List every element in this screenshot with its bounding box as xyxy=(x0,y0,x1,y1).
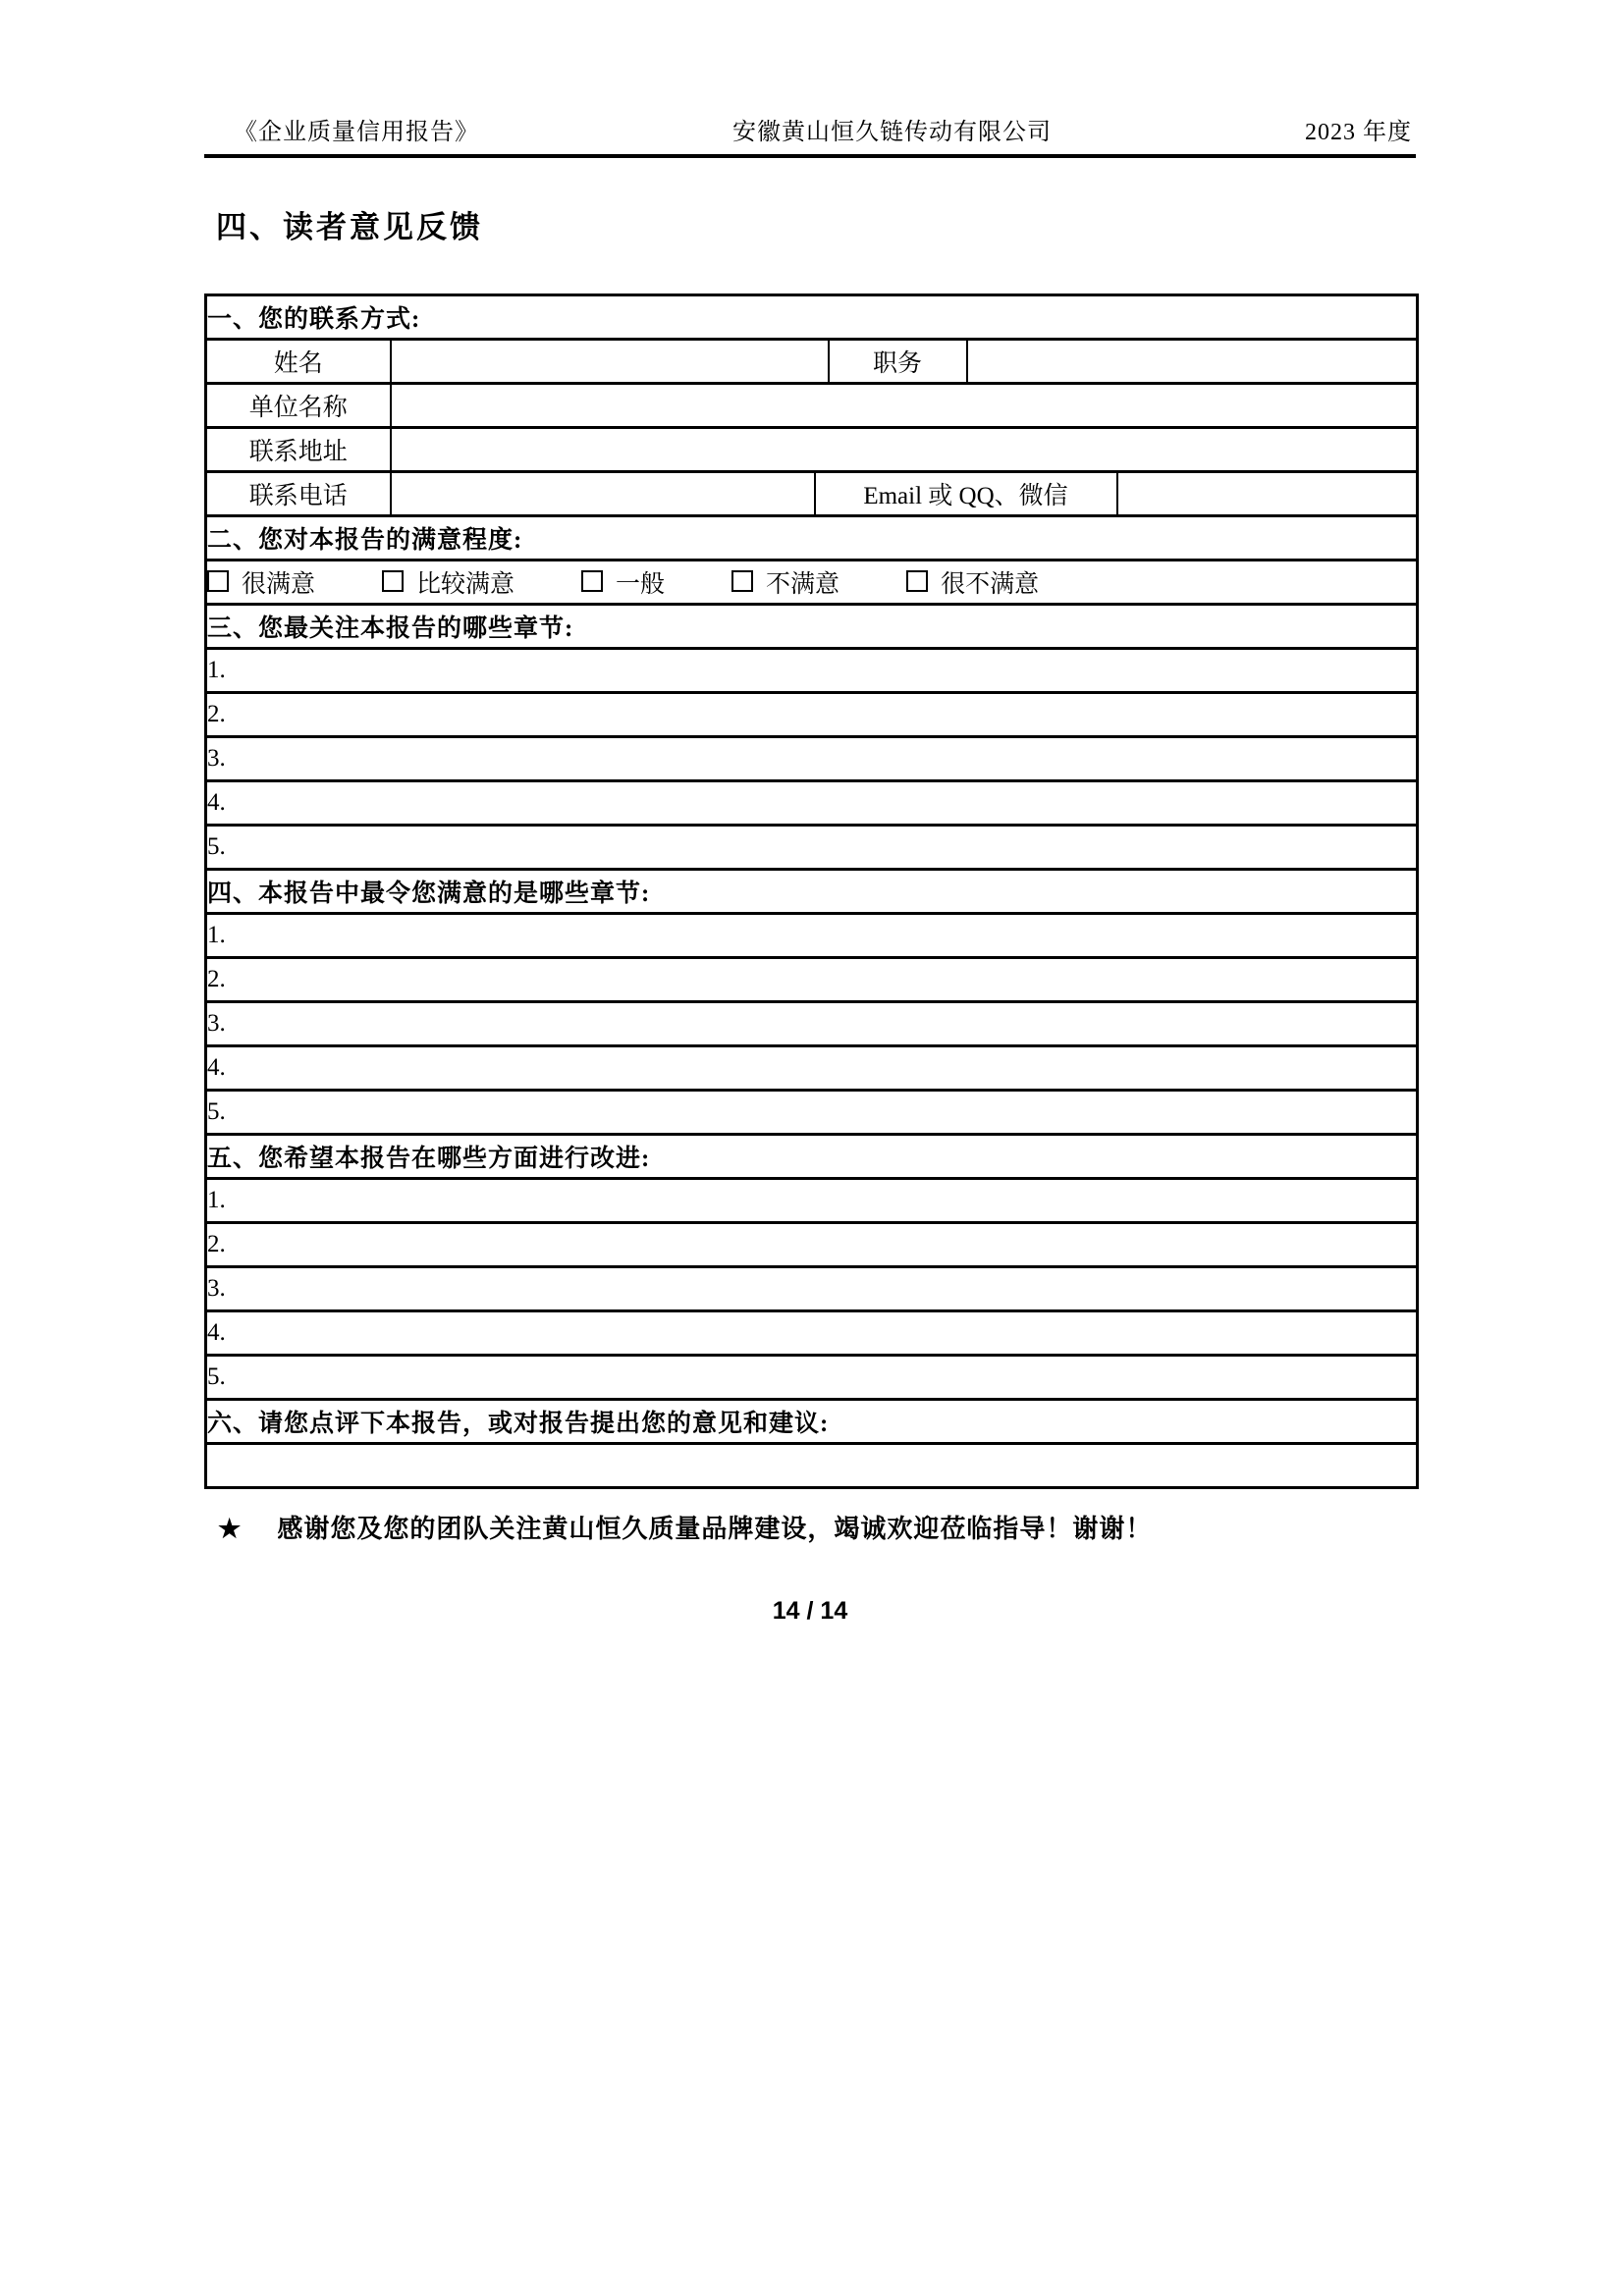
focus-answer-line-5[interactable]: 5. xyxy=(206,826,1418,870)
line-number: 3. xyxy=(207,1275,226,1302)
focus-answer-line-4[interactable]: 4. xyxy=(206,781,1418,826)
email-label: Email 或 QQ、微信 xyxy=(815,472,1117,516)
line-number: 2. xyxy=(207,1231,226,1257)
job-title-input-cell[interactable] xyxy=(967,340,1418,384)
line-number: 5. xyxy=(207,833,226,860)
page-title: 四、读者意见反馈 xyxy=(216,207,1416,248)
line-number: 4. xyxy=(207,1319,226,1346)
section-comments-header-row: 六、请您点评下本报告，或对报告提出您的意见和建议: xyxy=(206,1400,1418,1444)
job-title-label: 职务 xyxy=(829,340,967,384)
section-improve-header-row: 五、您希望本报告在哪些方面进行改进: xyxy=(206,1135,1418,1179)
improve-answer-line-3[interactable]: 3. xyxy=(206,1267,1418,1311)
satisfaction-option-1[interactable]: 很满意 xyxy=(207,564,315,600)
page-header: 《企业质量信用报告》 安徽黄山恒久链传动有限公司 2023 年度 xyxy=(204,118,1416,158)
company-input-cell[interactable] xyxy=(391,384,1418,428)
line-number: 3. xyxy=(207,1010,226,1037)
comments-input-area[interactable] xyxy=(206,1444,1418,1488)
improve-answer-line-4[interactable]: 4. xyxy=(206,1311,1418,1356)
option-label: 比较满意 xyxy=(416,564,514,600)
page-number: 14 / 14 xyxy=(204,1597,1416,1626)
answer-row: 3. xyxy=(206,1002,1418,1046)
report-year: 2023 年度 xyxy=(1305,118,1412,147)
focus-answer-line-1[interactable]: 1. xyxy=(206,649,1418,693)
line-number: 3. xyxy=(207,745,226,772)
checkbox-icon[interactable] xyxy=(906,570,928,592)
satisfied-answer-line-1[interactable]: 1. xyxy=(206,914,1418,958)
contact-name-row: 姓名 职务 xyxy=(206,340,1418,384)
answer-row: 1. xyxy=(206,914,1418,958)
satisfied-answer-line-2[interactable]: 2. xyxy=(206,958,1418,1002)
footer-note-text: 感谢您及您的团队关注黄山恒久质量品牌建设，竭诚欢迎莅临指导！谢谢！ xyxy=(277,1513,1152,1546)
contact-address-row: 联系地址 xyxy=(206,428,1418,472)
answer-row: 4. xyxy=(206,781,1418,826)
line-number: 4. xyxy=(207,1054,226,1081)
line-number: 5. xyxy=(207,1098,226,1125)
section-comments-title: 六、请您点评下本报告，或对报告提出您的意见和建议: xyxy=(206,1400,1418,1444)
option-label: 一般 xyxy=(616,564,665,600)
checkbox-icon[interactable] xyxy=(382,570,404,592)
address-input-cell[interactable] xyxy=(391,428,1418,472)
contact-phone-row: 联系电话 Email 或 QQ、微信 xyxy=(206,472,1418,516)
satisfaction-option-2[interactable]: 比较满意 xyxy=(382,564,514,600)
checkbox-icon[interactable] xyxy=(207,570,229,592)
satisfaction-option-5[interactable]: 很不满意 xyxy=(906,564,1039,600)
option-label: 不满意 xyxy=(766,564,839,600)
document-page: 《企业质量信用报告》 安徽黄山恒久链传动有限公司 2023 年度 四、读者意见反… xyxy=(0,0,1624,2296)
line-number: 2. xyxy=(207,966,226,992)
answer-row: 2. xyxy=(206,1223,1418,1267)
checkbox-icon[interactable] xyxy=(731,570,753,592)
satisfied-answer-line-4[interactable]: 4. xyxy=(206,1046,1418,1091)
section-focus-header-row: 三、您最关注本报告的哪些章节: xyxy=(206,605,1418,649)
section-satisfied-header-row: 四、本报告中最令您满意的是哪些章节: xyxy=(206,870,1418,914)
line-number: 1. xyxy=(207,922,226,948)
satisfied-answer-line-5[interactable]: 5. xyxy=(206,1091,1418,1135)
star-icon: ★ xyxy=(218,1513,242,1546)
section-satisfied-title: 四、本报告中最令您满意的是哪些章节: xyxy=(206,870,1418,914)
satisfied-answer-line-3[interactable]: 3. xyxy=(206,1002,1418,1046)
page-content: 《企业质量信用报告》 安徽黄山恒久链传动有限公司 2023 年度 四、读者意见反… xyxy=(0,0,1624,1626)
name-label: 姓名 xyxy=(206,340,391,384)
footer-note: ★ 感谢您及您的团队关注黄山恒久质量品牌建设，竭诚欢迎莅临指导！谢谢！ xyxy=(218,1513,1416,1546)
line-number: 5. xyxy=(207,1363,226,1390)
improve-answer-line-5[interactable]: 5. xyxy=(206,1356,1418,1400)
contact-company-row: 单位名称 xyxy=(206,384,1418,428)
feedback-form-table: 一、您的联系方式: 姓名 职务 单位名称 联系地址 联系电话 xyxy=(204,294,1419,1489)
section-improve-title: 五、您希望本报告在哪些方面进行改进: xyxy=(206,1135,1418,1179)
satisfaction-options-cell: 很满意 比较满意 一般 xyxy=(206,561,1418,605)
phone-label: 联系电话 xyxy=(206,472,391,516)
answer-row: 3. xyxy=(206,737,1418,781)
answer-row: 5. xyxy=(206,1091,1418,1135)
focus-answer-line-3[interactable]: 3. xyxy=(206,737,1418,781)
answer-row: 2. xyxy=(206,958,1418,1002)
company-label: 单位名称 xyxy=(206,384,391,428)
satisfaction-option-4[interactable]: 不满意 xyxy=(731,564,839,600)
improve-answer-line-2[interactable]: 2. xyxy=(206,1223,1418,1267)
name-input-cell[interactable] xyxy=(391,340,829,384)
line-number: 2. xyxy=(207,701,226,727)
satisfaction-options-row: 很满意 比较满意 一般 xyxy=(206,561,1418,605)
option-label: 很满意 xyxy=(242,564,315,600)
address-label: 联系地址 xyxy=(206,428,391,472)
improve-answer-line-1[interactable]: 1. xyxy=(206,1179,1418,1223)
section-satisfaction-header-row: 二、您对本报告的满意程度: xyxy=(206,516,1418,561)
answer-row: 4. xyxy=(206,1311,1418,1356)
answer-row: 1. xyxy=(206,649,1418,693)
answer-row: 3. xyxy=(206,1267,1418,1311)
line-number: 1. xyxy=(207,1187,226,1213)
line-number: 1. xyxy=(207,657,226,683)
comments-row xyxy=(206,1444,1418,1488)
section-satisfaction-title: 二、您对本报告的满意程度: xyxy=(206,516,1418,561)
option-label: 很不满意 xyxy=(941,564,1039,600)
email-input-cell[interactable] xyxy=(1117,472,1418,516)
satisfaction-option-3[interactable]: 一般 xyxy=(581,564,665,600)
answer-row: 2. xyxy=(206,693,1418,737)
line-number: 4. xyxy=(207,789,226,816)
section-focus-title: 三、您最关注本报告的哪些章节: xyxy=(206,605,1418,649)
company-name: 安徽黄山恒久链传动有限公司 xyxy=(732,118,1052,147)
section-contact-header-row: 一、您的联系方式: xyxy=(206,295,1418,340)
answer-row: 4. xyxy=(206,1046,1418,1091)
answer-row: 5. xyxy=(206,826,1418,870)
phone-input-cell[interactable] xyxy=(391,472,815,516)
answer-row: 1. xyxy=(206,1179,1418,1223)
checkbox-icon[interactable] xyxy=(581,570,603,592)
satisfaction-options: 很满意 比较满意 一般 xyxy=(207,564,1416,600)
focus-answer-line-2[interactable]: 2. xyxy=(206,693,1418,737)
report-title: 《企业质量信用报告》 xyxy=(234,118,479,147)
answer-row: 5. xyxy=(206,1356,1418,1400)
section-contact-title: 一、您的联系方式: xyxy=(206,295,1418,340)
